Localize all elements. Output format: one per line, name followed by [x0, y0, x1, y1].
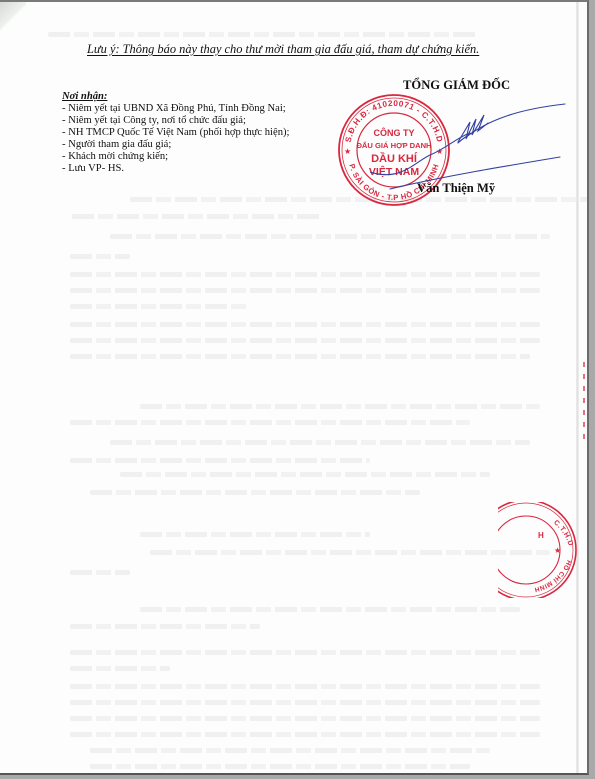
bleed-through-line [70, 666, 170, 671]
bleed-through-line [70, 650, 540, 655]
recipients-block: Nơi nhận: Niêm yết tại UBND Xã Đồng Phú,… [62, 91, 289, 175]
bleed-through-line [70, 420, 470, 425]
recipient-item: Khách mời chứng kiến; [62, 151, 289, 163]
signer-title: TỔNG GIÁM ĐỐC [403, 78, 510, 93]
recipient-item: Niêm yết tại UBND Xã Đồng Phú, Tỉnh Đồng… [62, 103, 289, 115]
bleed-through-line [90, 748, 490, 753]
bleed-through-line [70, 624, 260, 629]
bleed-through-line [70, 304, 250, 309]
bleed-through-line [48, 32, 478, 37]
bleed-through-line [70, 288, 540, 293]
notice-note: Lưu ý: Thông báo này thay cho thư mời th… [87, 42, 479, 57]
bleed-through-line [70, 732, 540, 737]
edge-stamp-marks [583, 362, 586, 452]
bleed-through-line [72, 214, 322, 219]
page-edge-shadow [576, 2, 579, 773]
bleed-through-line [70, 322, 540, 327]
star-icon: ★ [344, 147, 351, 156]
bleed-through-line [90, 490, 420, 495]
bleed-through-line [110, 440, 530, 445]
recipient-item: Lưu VP- HS. [62, 163, 289, 175]
partial-stamp-inner: H [538, 531, 544, 540]
recipient-item: Niêm yết tại Công ty, nơi tổ chức đấu gi… [62, 115, 289, 127]
star-icon: ★ [554, 546, 561, 555]
bleed-through-line [70, 254, 130, 259]
bleed-through-line [70, 700, 540, 705]
recipient-item: NH TMCP Quốc Tế Việt Nam (phối hợp thực … [62, 127, 289, 139]
document-page: Lưu ý: Thông báo này thay cho thư mời th… [0, 0, 589, 775]
bleed-through-line [140, 404, 540, 409]
signer-name: Văn Thiện Mỹ [417, 181, 495, 196]
bleed-through-line [70, 716, 540, 721]
bleed-through-line [140, 532, 370, 537]
page-corner-fold [0, 2, 26, 34]
bleed-through-line [70, 354, 530, 359]
bleed-through-line [140, 607, 520, 612]
bleed-through-line [70, 570, 130, 575]
bleed-through-line [70, 684, 540, 689]
partial-seal-stamp: C.T.H.D HỒ CHÍ MINH ★ H [498, 502, 578, 598]
recipients-list: Niêm yết tại UBND Xã Đồng Phú, Tỉnh Đồng… [62, 103, 289, 175]
bleed-through-line [120, 472, 490, 477]
partial-stamp-ring-bottom: HỒ CHÍ MINH [533, 559, 572, 593]
bleed-through-line [70, 272, 540, 277]
recipient-item: Người tham gia đấu giá; [62, 139, 289, 151]
bleed-through-line [70, 458, 370, 463]
bleed-through-line [90, 764, 470, 769]
bleed-through-line [70, 338, 540, 343]
svg-text:HỒ CHÍ MINH: HỒ CHÍ MINH [533, 559, 572, 593]
bleed-through-line [110, 234, 550, 239]
bleed-through-line [150, 550, 550, 555]
recipients-heading: Nơi nhận: [62, 91, 289, 103]
